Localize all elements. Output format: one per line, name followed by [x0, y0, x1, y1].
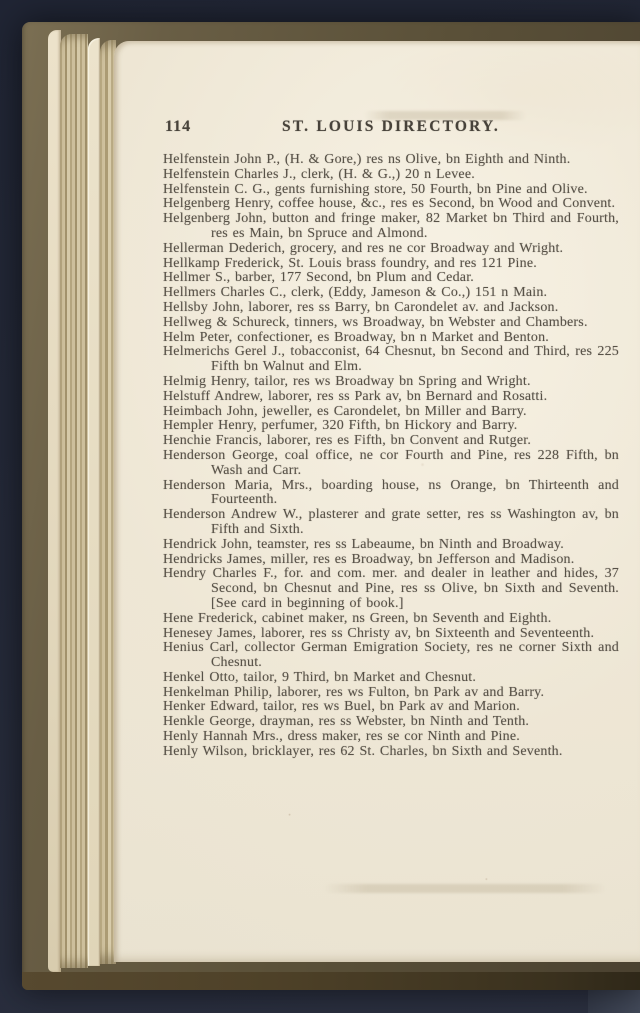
directory-entry: Hendrick John, teamster, res ss Labeaume…: [163, 538, 619, 553]
directory-entry: Hene Frederick, cabinet maker, ns Green,…: [163, 612, 619, 627]
directory-entry: Henchie Francis, laborer, res es Fifth, …: [163, 434, 619, 449]
photo-background: { "page": { "number": "114", "header": "…: [0, 0, 640, 1013]
directory-entry: Helgenberg John, button and fringe maker…: [163, 212, 619, 242]
page-stack: 114 ST. LOUIS DIRECTORY. Helfenstein Joh…: [48, 27, 640, 976]
directory-entry: Hellmer S., barber, 177 Second, bn Plum …: [163, 271, 619, 286]
page-title: ST. LOUIS DIRECTORY.: [163, 118, 619, 136]
directory-entry: Henly Wilson, bricklayer, res 62 St. Cha…: [163, 745, 619, 760]
directory-entry: Helfenstein Charles J., clerk, (H. & G.,…: [163, 168, 619, 183]
printed-content: 114 ST. LOUIS DIRECTORY. Helfenstein Joh…: [163, 41, 619, 962]
book-cover: 114 ST. LOUIS DIRECTORY. Helfenstein Joh…: [22, 22, 640, 990]
directory-entry: Hellmers Charles C., clerk, (Eddy, James…: [163, 286, 619, 301]
directory-entry: Helstuff Andrew, laborer, res ss Park av…: [163, 390, 619, 405]
directory-entry: Henly Hannah Mrs., dress maker, res se c…: [163, 730, 619, 745]
directory-entry: Helfenstein John P., (H. & Gore,) res ns…: [163, 153, 619, 168]
directory-page: 114 ST. LOUIS DIRECTORY. Helfenstein Joh…: [114, 41, 640, 962]
directory-entry: Henkel Otto, tailor, 9 Third, bn Market …: [163, 671, 619, 686]
directory-entry: Hellerman Dederich, grocery, and res ne …: [163, 242, 619, 257]
page-fore-edge-leaf: [88, 38, 100, 966]
directory-entry: Henius Carl, collector German Emigration…: [163, 641, 619, 671]
directory-entry: Helgenberg Henry, coffee house, &c., res…: [163, 197, 619, 212]
entries-list: Helfenstein John P., (H. & Gore,) res ns…: [163, 153, 619, 760]
directory-entry: Henkle George, drayman, res ss Webster, …: [163, 715, 619, 730]
directory-entry: Hempler Henry, perfumer, 320 Fifth, bn H…: [163, 419, 619, 434]
directory-entry: Hellweg & Schureck, tinners, ws Broadway…: [163, 316, 619, 331]
page-header: 114 ST. LOUIS DIRECTORY.: [163, 118, 619, 136]
directory-entry: Henderson Maria, Mrs., boarding house, n…: [163, 479, 619, 509]
page-fore-edge-stripes: [60, 34, 88, 968]
directory-entry: Henderson Andrew W., plasterer and grate…: [163, 508, 619, 538]
directory-entry: Helmig Henry, tailor, res ws Broadway bn…: [163, 375, 619, 390]
directory-entry: Helmerichs Gerel J., tobacconist, 64 Che…: [163, 345, 619, 375]
directory-entry: Henderson George, coal office, ne cor Fo…: [163, 449, 619, 479]
directory-entry: Hendry Charles F., for. and com. mer. an…: [163, 567, 619, 611]
directory-entry: Hellsby John, laborer, res ss Barry, bn …: [163, 301, 619, 316]
page-number: 114: [165, 118, 191, 136]
